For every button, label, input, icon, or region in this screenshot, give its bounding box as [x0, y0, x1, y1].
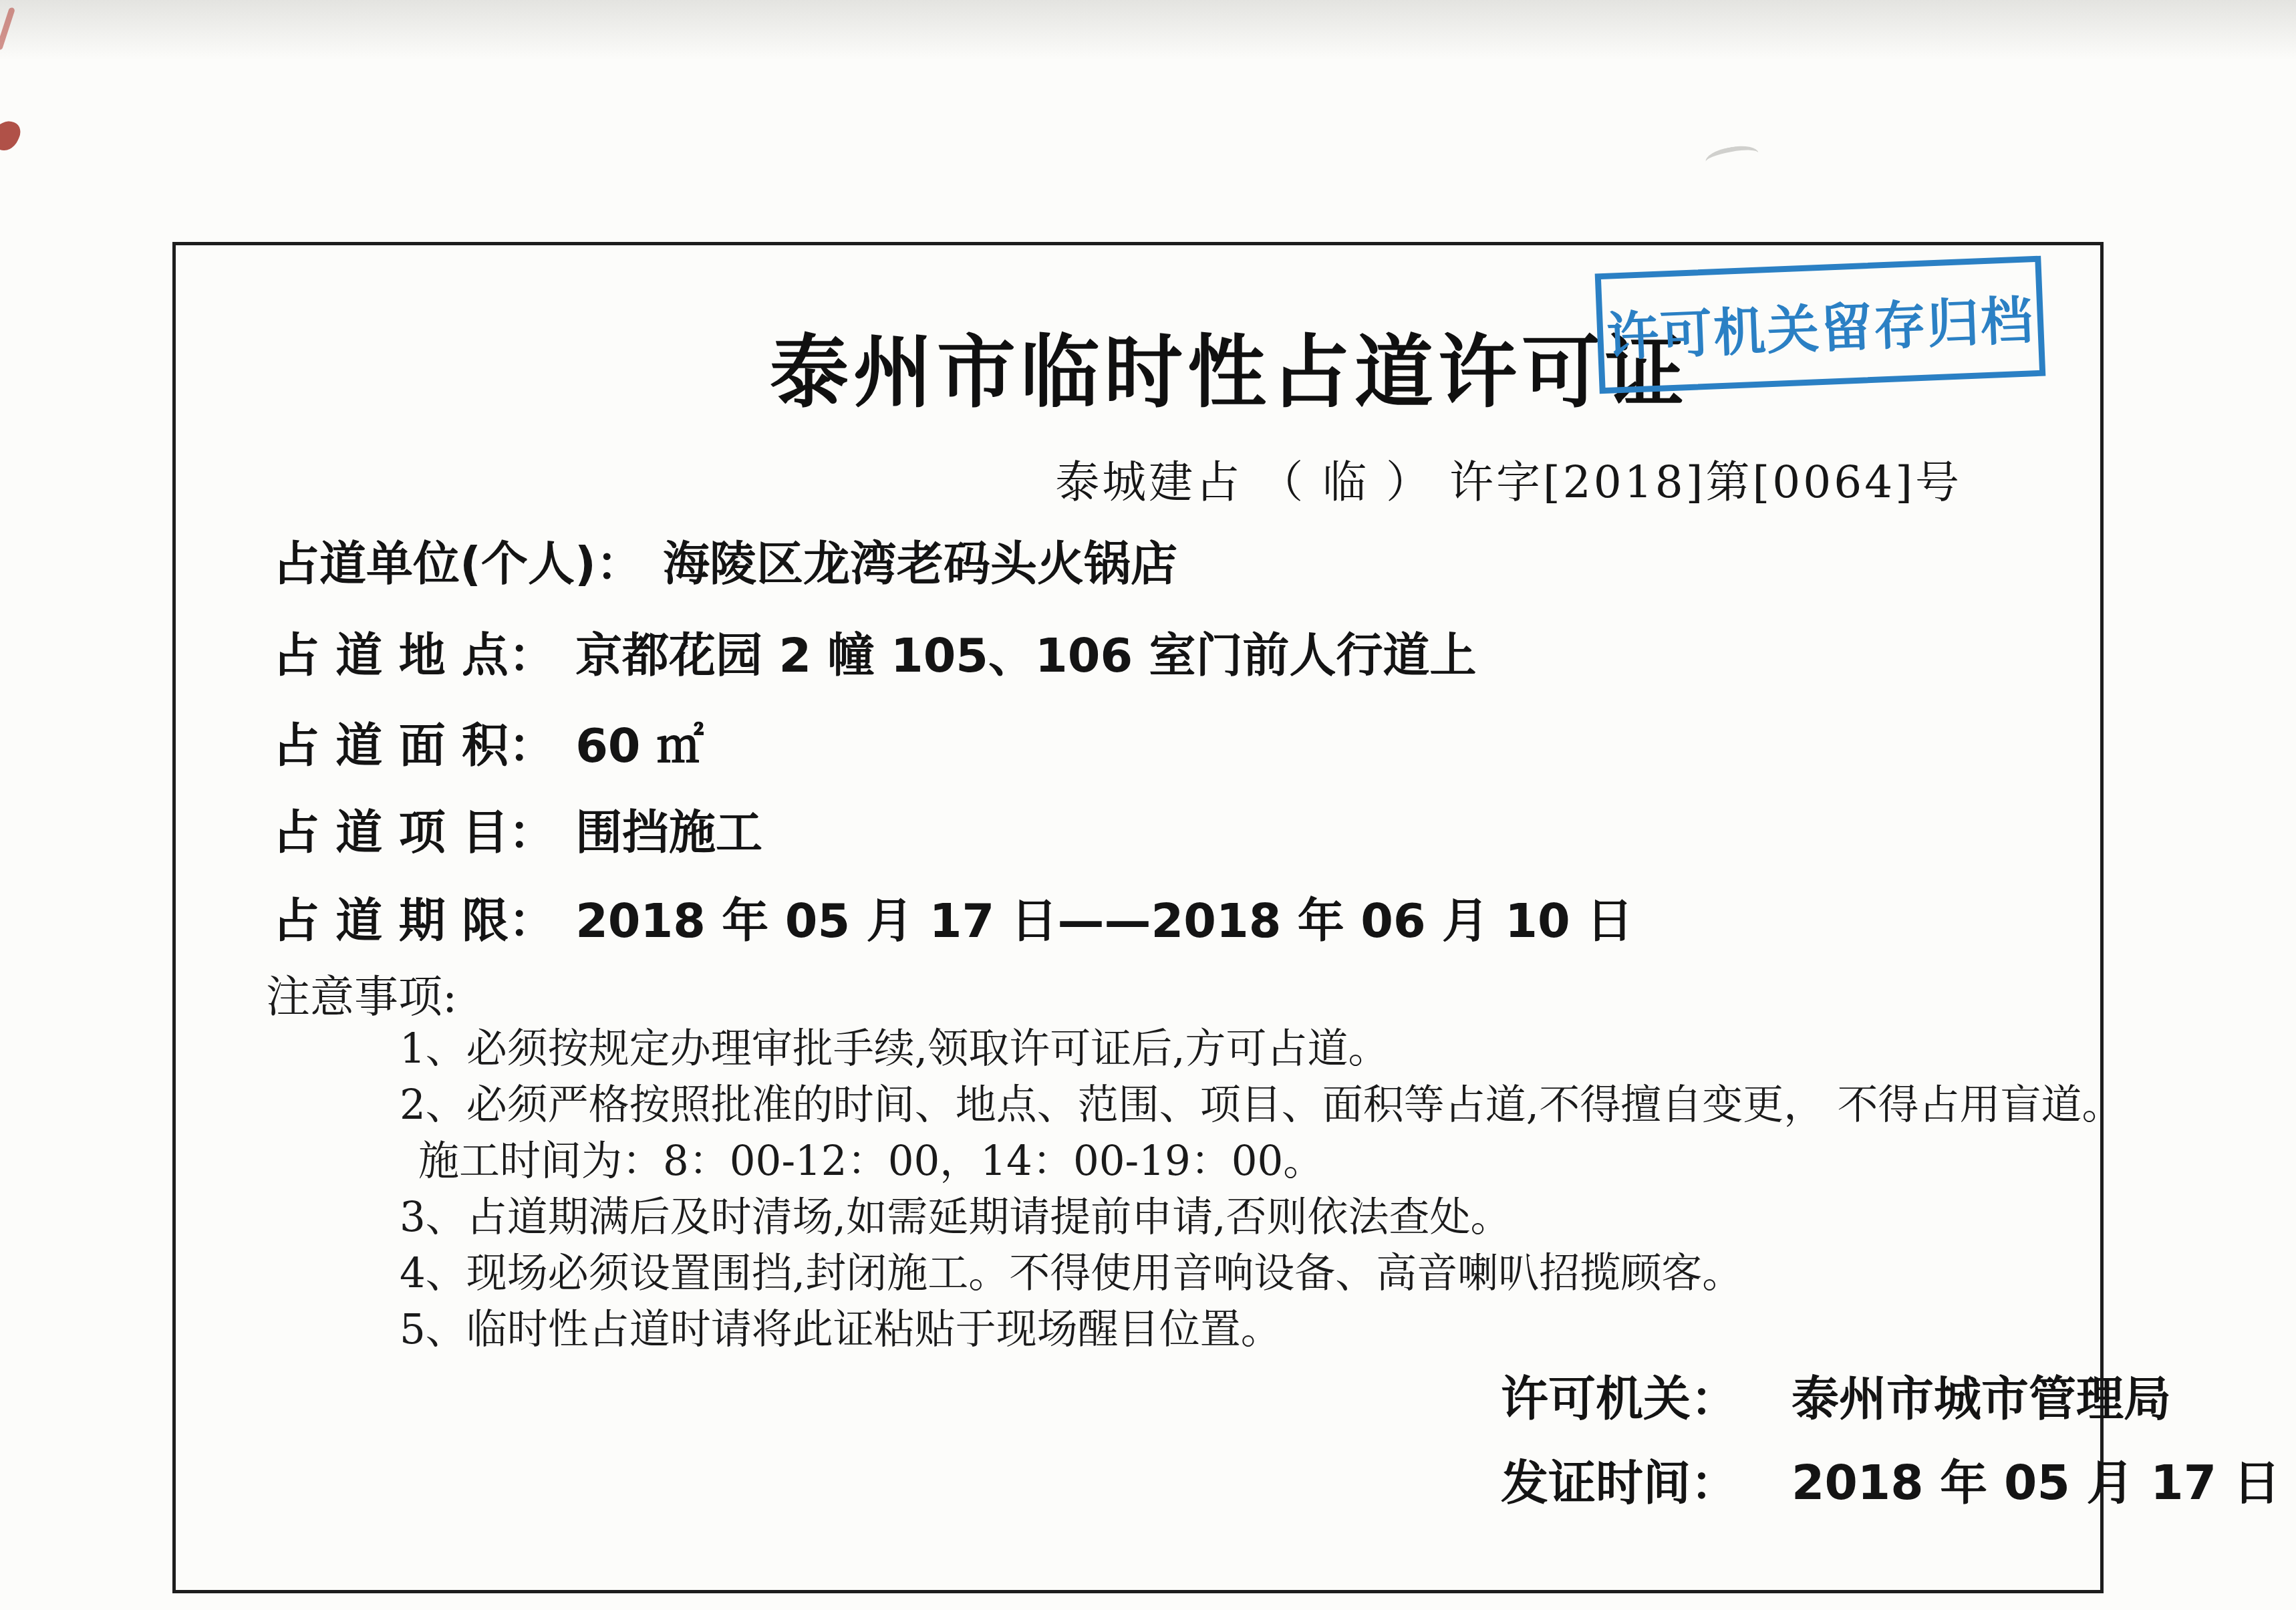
- footer-issue-date: 发证时间： 2018 年 05 月 17 日: [1501, 1445, 2281, 1513]
- note-line-1: 1、必须按规定办理审批手续,领取许可证后,方可占道。: [400, 1021, 2110, 1077]
- field-label: 占道单位(个人)：: [273, 537, 643, 591]
- red-ink-mark-top: [0, 7, 15, 51]
- field-value: 京都花园 2 幢 105、106 室门前人行道上: [575, 628, 1476, 683]
- field-occupation-period: 占 道 期 限：2018 年 05 月 17 日——2018 年 06 月 10…: [273, 884, 1633, 951]
- footer-permitting-authority: 许可机关： 泰州市城市管理局: [1501, 1361, 2171, 1429]
- field-label: 占 道 地 点：: [273, 628, 555, 683]
- note-line-4: 4、现场必须设置围挡,封闭施工。不得使用音响设备、高音喇叭招揽顾客。: [400, 1246, 2110, 1302]
- field-value: 2018 年 05 月 17 日——2018 年 06 月 10 日: [575, 894, 1633, 948]
- archive-stamp-text: 许可机关留存归档: [1605, 279, 2035, 371]
- pencil-smudge: [1704, 142, 1760, 172]
- field-value: 海陵区龙湾老码头火锅店: [663, 537, 1177, 591]
- scanner-edge-shadow: [0, 0, 2296, 60]
- field-occupation-location: 占 道 地 点：京都花园 2 幢 105、106 室门前人行道上: [273, 618, 1477, 686]
- field-value: 围挡施工: [575, 805, 762, 860]
- field-occupying-unit: 占道单位(个人)：海陵区龙湾老码头火锅店: [273, 527, 1177, 594]
- field-label: 占 道 期 限：: [273, 894, 555, 948]
- field-value: 60 ㎡: [575, 718, 704, 773]
- notes-list: 1、必须按规定办理审批手续,领取许可证后,方可占道。 2、必须严格按照批准的时间…: [400, 1021, 2110, 1358]
- field-label: 占 道 面 积：: [273, 718, 555, 773]
- issue-date-label: 发证时间：: [1501, 1445, 1738, 1513]
- red-ink-mark-left: [0, 116, 24, 154]
- certificate-title: 泰州市临时性占道许可证: [770, 309, 1689, 422]
- note-line-3: 3、占道期满后及时清场,如需延期请提前申请,否则依法查处。: [400, 1190, 2110, 1246]
- notes-heading: 注意事项:: [266, 961, 457, 1025]
- note-line-2-continuation: 施工时间为：8：00-12：00，14：00-19：00。: [418, 1133, 2110, 1190]
- field-occupation-area: 占 道 面 积：60 ㎡: [273, 708, 704, 776]
- note-line-2: 2、必须严格按照批准的时间、地点、范围、项目、面积等占道,不得擅自变更， 不得占…: [400, 1077, 2110, 1133]
- authority-value: 泰州市城市管理局: [1791, 1361, 2171, 1429]
- scanned-permit-page: 泰州市临时性占道许可证 许可机关留存归档 泰城建占 （ 临 ） 许字[2018]…: [0, 0, 2296, 1610]
- document-number: 泰城建占 （ 临 ） 许字[2018]第[0064]号: [1055, 446, 1962, 510]
- issue-date-value: 2018 年 05 月 17 日: [1791, 1445, 2281, 1513]
- archive-stamp: 许可机关留存归档: [1595, 256, 2046, 394]
- field-label: 占 道 项 目：: [273, 805, 555, 860]
- authority-label: 许可机关：: [1501, 1361, 1738, 1429]
- field-occupation-project: 占 道 项 目：围挡施工: [273, 795, 762, 863]
- note-line-5: 5、临时性占道时请将此证粘贴于现场醒目位置。: [400, 1302, 2110, 1358]
